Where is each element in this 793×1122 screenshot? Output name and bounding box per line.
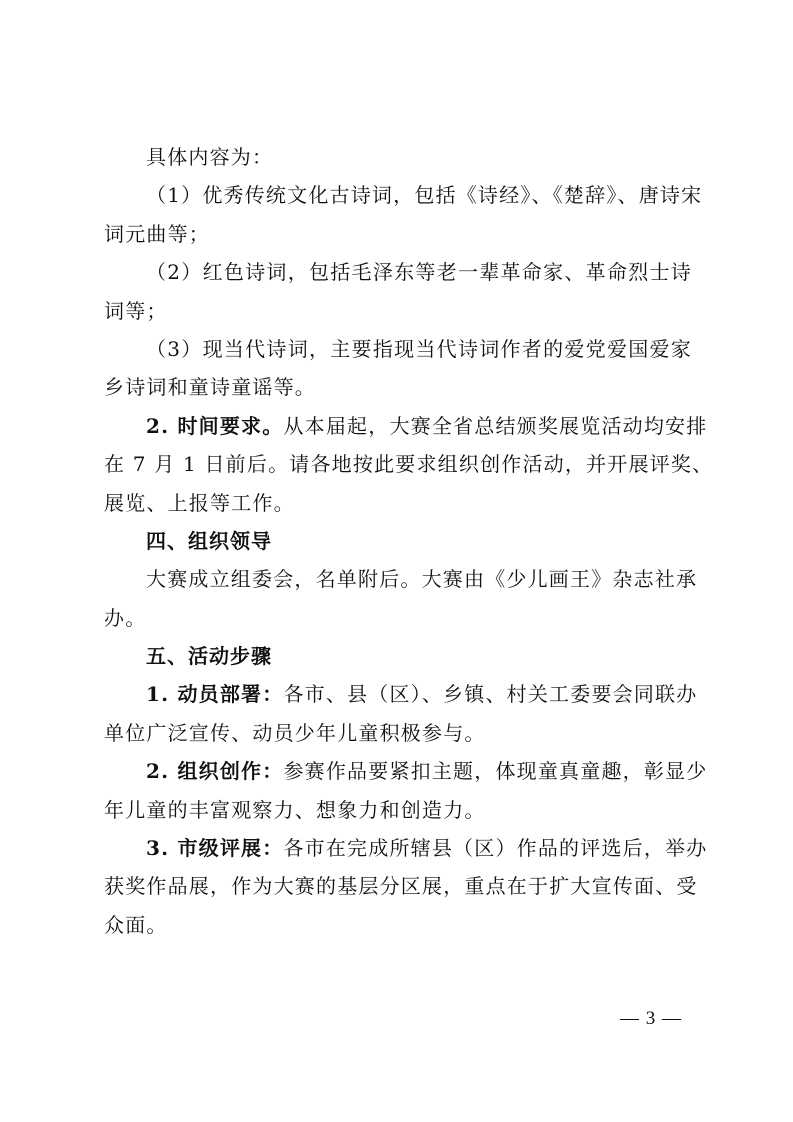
step-2-line-2: 年儿童的丰富观察力、想象力和创造力。 [104, 791, 692, 829]
step-3-line-1: 3. 市级评展：各市在完成所辖县（区）作品的评选后，举办 [104, 829, 692, 867]
content-item-3: （3）现当代诗词，主要指现当代诗词作者的爱党爱国爱家 [104, 330, 692, 368]
step-2-line-1: 2. 组织创作：参赛作品要紧扣主题，体现童真童趣，彰显少 [104, 752, 692, 790]
organization-text-line-1: 大赛成立组委会，名单附后。大赛由《少儿画王》杂志社承 [104, 560, 692, 598]
content-item-3-cont: 乡诗词和童诗童谣等。 [104, 368, 692, 406]
step-3-label: 3. 市级评展： [146, 836, 283, 860]
section-heading-steps: 五、活动步骤 [104, 637, 692, 675]
step-3-line-2: 获奖作品展，作为大赛的基层分区展，重点在于扩大宣传面、受 [104, 867, 692, 905]
step-3-text: 各市在完成所辖县（区）作品的评选后，举办 [283, 836, 707, 860]
step-3-line-3: 众面。 [104, 906, 692, 944]
page-number: — 3 — [620, 1008, 682, 1030]
content-item-2: （2）红色诗词，包括毛泽东等老一辈革命家、革命烈士诗 [104, 253, 692, 291]
time-requirement-line-3: 展览、上报等工作。 [104, 484, 692, 522]
step-2-label: 2. 组织创作： [146, 759, 283, 783]
step-1-line-2: 单位广泛宣传、动员少年儿童积极参与。 [104, 714, 692, 752]
step-1-label: 1. 动员部署： [146, 682, 283, 706]
step-1-text: 各市、县（区）、乡镇、村关工委要会同联办 [283, 682, 697, 706]
step-1-line-1: 1. 动员部署：各市、县（区）、乡镇、村关工委要会同联办 [104, 675, 692, 713]
time-requirement-line-2: 在 7 月 1 日前后。请各地按此要求组织创作活动，并开展评奖、 [104, 445, 692, 483]
section-heading-organization: 四、组织领导 [104, 522, 692, 560]
content-item-1: （1）优秀传统文化古诗词，包括《诗经》、《楚辞》、唐诗宋 [104, 176, 692, 214]
content-item-2-cont: 词等； [104, 292, 692, 330]
content-item-1-cont: 词元曲等； [104, 215, 692, 253]
organization-text-line-2: 办。 [104, 599, 692, 637]
time-requirement-label: 2. 时间要求。 [146, 414, 283, 438]
document-page: 具体内容为： （1）优秀传统文化古诗词，包括《诗经》、《楚辞》、唐诗宋 词元曲等… [104, 138, 692, 944]
time-requirement-text: 从本届起，大赛全省总结颁奖展览活动均安排 [283, 414, 707, 438]
content-intro: 具体内容为： [104, 138, 692, 176]
time-requirement-line-1: 2. 时间要求。从本届起，大赛全省总结颁奖展览活动均安排 [104, 407, 692, 445]
step-2-text: 参赛作品要紧扣主题，体现童真童趣，彰显少 [283, 759, 707, 783]
